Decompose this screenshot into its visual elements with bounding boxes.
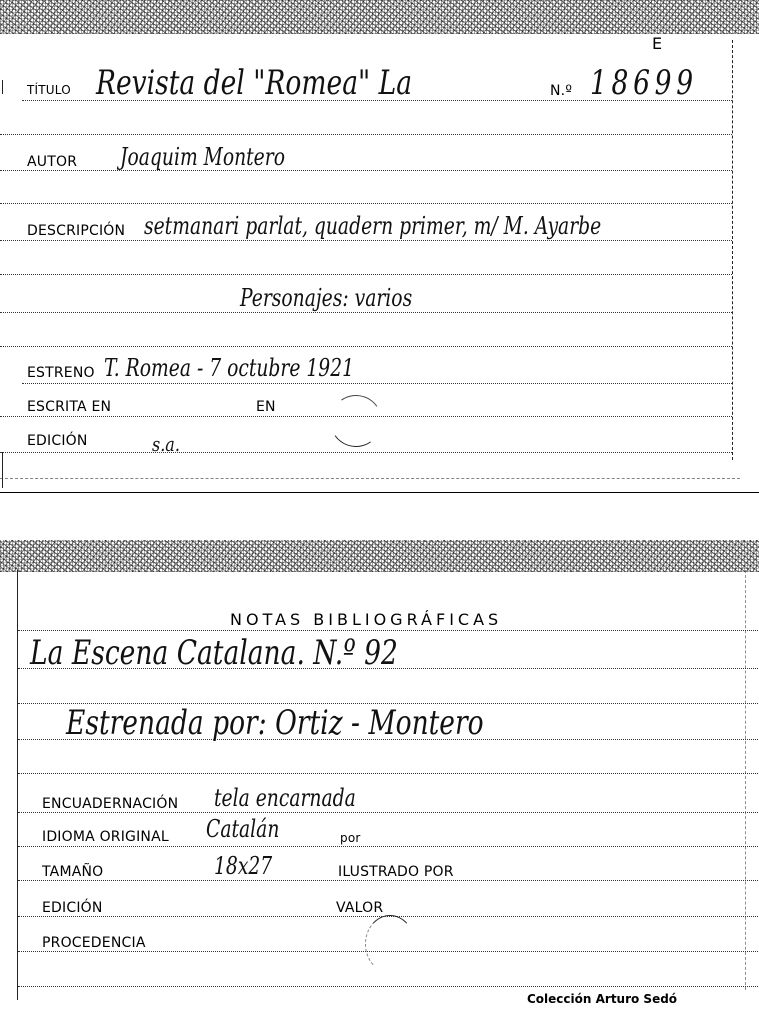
escrita-en-label: ESCRITA EN [27,400,111,414]
tamano-value: 18x27 [214,854,272,878]
card-separator [0,492,759,493]
rule [18,739,758,740]
rule [0,203,732,204]
encuadernacion-value: tela encarnada [214,786,356,810]
rule [0,134,732,135]
rule [18,773,758,774]
edicion-value: s.a. [152,434,180,454]
ilustrado-por-label: ILUSTRADO POR [338,865,454,879]
stamp-mark [365,915,415,973]
idioma-rule [18,846,758,847]
estreno-value: T. Romea - 7 octubre 1921 [104,356,354,380]
descripcion-label: DESCRIPCIÓN [27,224,125,238]
numero-suffix: E [652,34,662,53]
valor-label: VALOR [336,901,383,915]
rule [18,986,758,987]
tamano-rule [18,880,758,881]
collection-credit: Colección Arturo Sedó [527,992,677,1006]
scan-noise-top-edge [0,0,759,34]
card-top-right-border [732,40,733,460]
card-bottom-left-border [17,570,18,1000]
rule [0,346,732,347]
edicion-label-bottom: EDICIÓN [42,901,103,915]
edicion-rule [0,452,732,453]
note-line-2: Estrenada por: Ortiz - Montero [66,706,484,740]
tamano-label: TAMAÑO [42,865,103,879]
titulo-label: TÍTULO [27,84,71,96]
card-bottom-right-border [745,570,746,990]
card-top-left-border [2,452,3,488]
edicion-label: EDICIÓN [27,434,88,448]
note-line-1: La Escena Catalana. N.º 92 [30,636,398,670]
descripcion-continuation: Personajes: varios [240,286,412,310]
por-label: por [340,832,361,844]
numero-label: N.º [550,84,572,98]
estreno-label: ESTRENO [27,366,95,380]
descripcion-value: setmanari parlat, quadern primer, m/ M. … [144,214,601,238]
encuadernacion-rule [18,812,758,813]
rule [18,668,758,669]
card-bottom-edge [0,478,740,479]
titulo-value: Revista del "Romea" La [96,66,412,100]
rule [0,312,732,313]
autor-value: Joaquim Montero [120,145,285,169]
idioma-original-value: Catalán [206,817,279,841]
rule [0,274,732,275]
numero-value: 18699 [590,66,698,100]
stamp-mark [326,391,386,451]
margin-tick [2,80,3,94]
descripcion-rule [0,240,732,241]
autor-label: AUTOR [27,155,77,169]
procedencia-label: PROCEDENCIA [42,936,146,950]
autor-rule [0,170,732,171]
estreno-rule [22,383,732,384]
rule [18,630,758,631]
idioma-original-label: IDIOMA ORIGINAL [42,830,169,844]
scan-noise-mid-edge [0,540,759,572]
notas-bibliograficas-title: NOTAS BIBLIOGRÁFICAS [230,610,502,629]
en-label: EN [256,400,276,414]
encuadernacion-label: ENCUADERNACIÓN [42,797,178,811]
titulo-rule [22,100,732,101]
